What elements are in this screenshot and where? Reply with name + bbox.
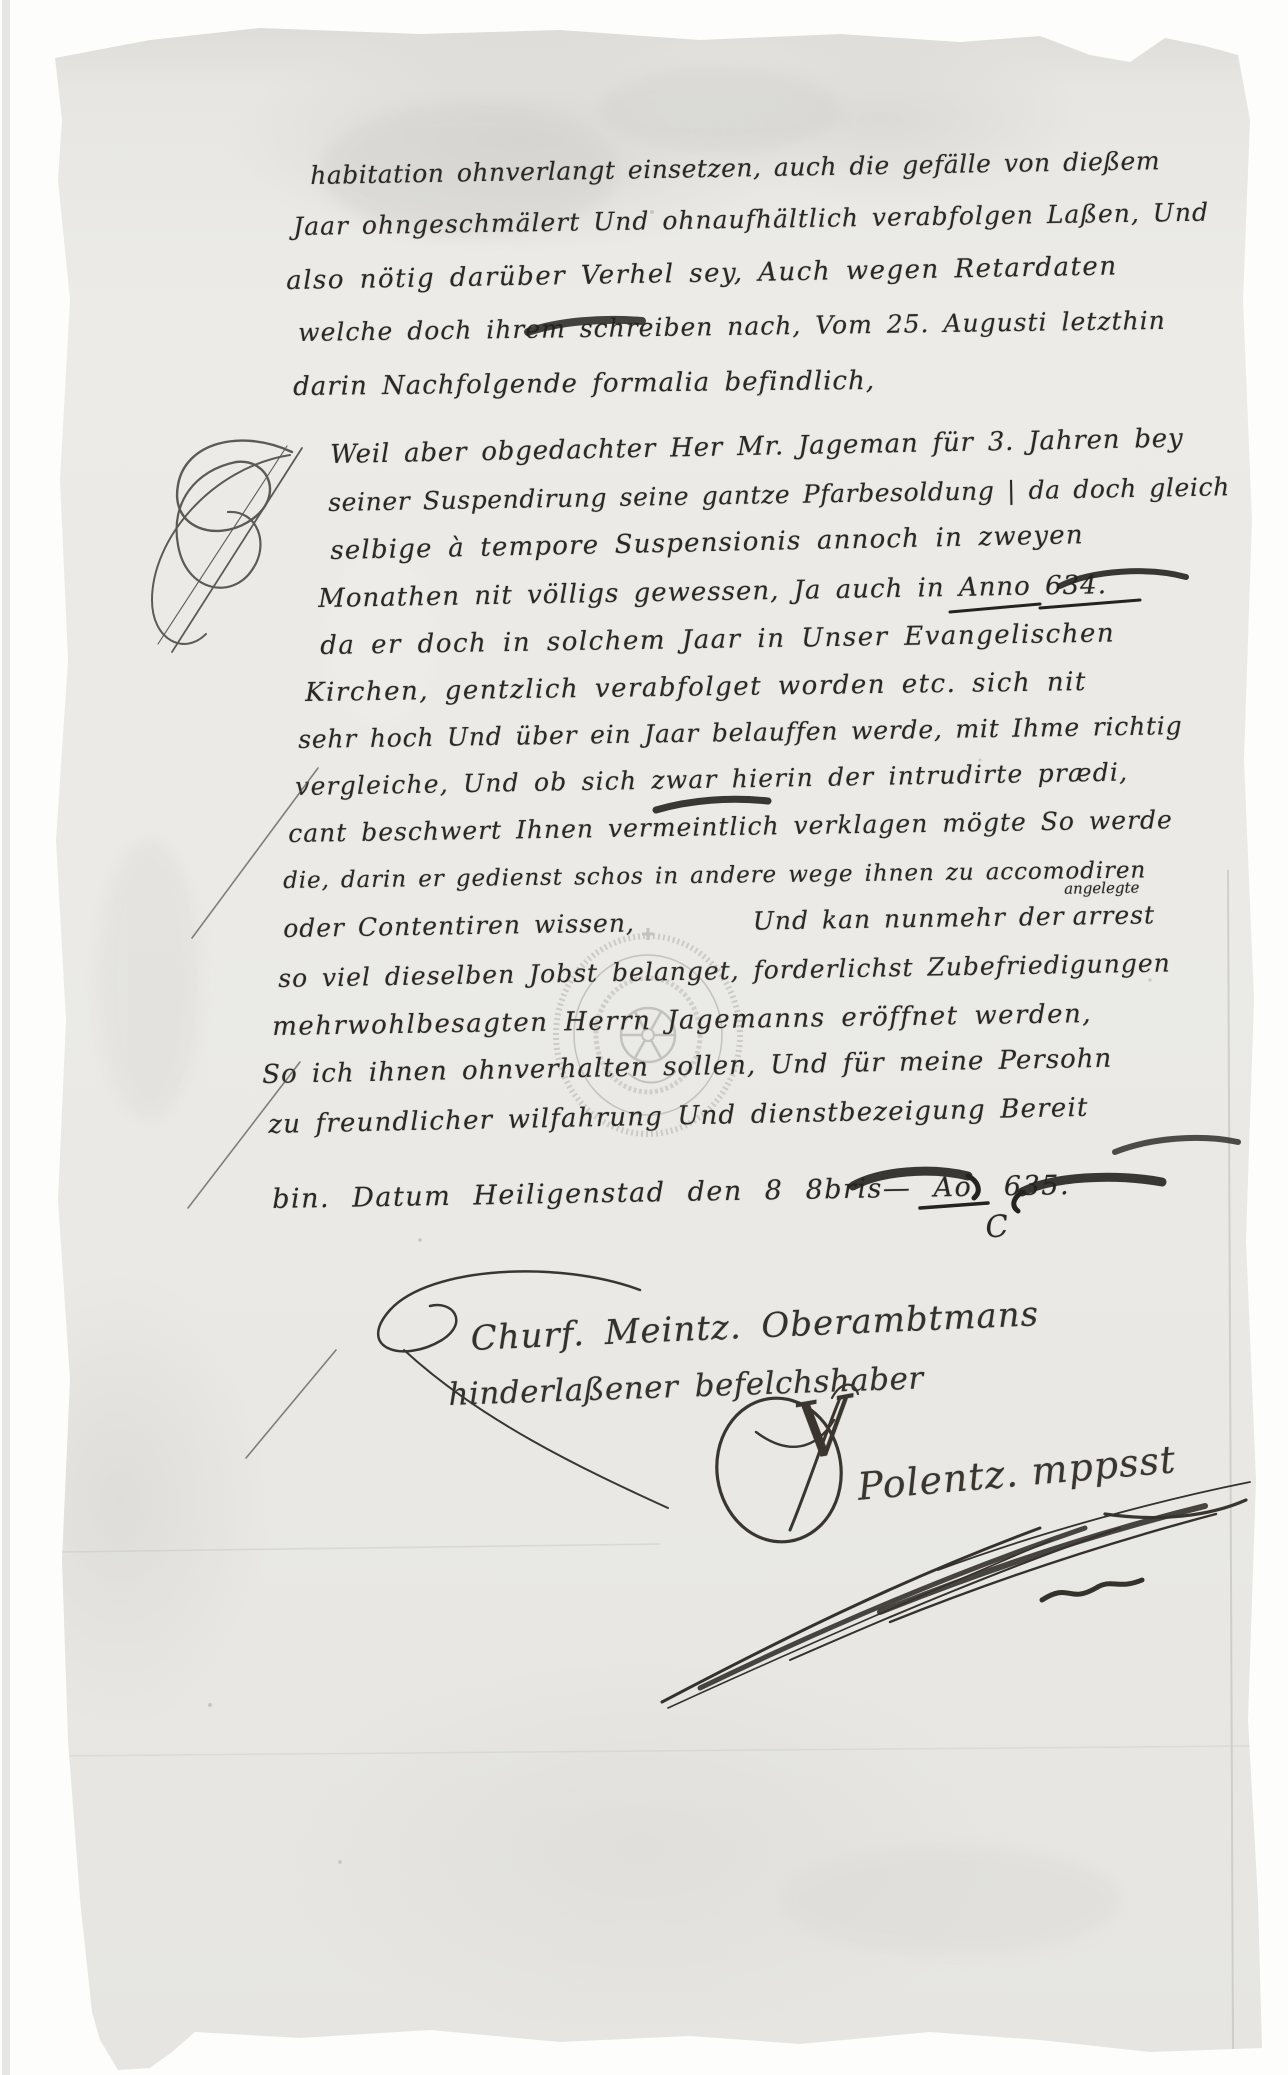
manuscript-line: da er doch in solchem Jaar in Unser Evan…	[320, 621, 1115, 659]
scanner-edge-artifact	[2, 0, 10, 2075]
interlinear-insertion: angelegte	[1064, 881, 1139, 897]
manuscript-line: zu freundlicher wilfahrung Und dienstbez…	[268, 1095, 1089, 1138]
manuscript-line: seiner Suspendirung seine gantze Pfarbes…	[328, 474, 1230, 515]
paraph-scribble-icon	[662, 1482, 1250, 1708]
manuscript-line: Monathen nit völligs gewessen, Ja auch i…	[318, 572, 1107, 612]
notation-under-date: C	[984, 1212, 1010, 1244]
line16-part1: oder Contentiren wissen,	[283, 908, 635, 943]
manuscript-line: vergleiche, Und ob sich zwar hierin der …	[295, 759, 1128, 799]
manuscript-line: cant beschwert Ihnen vermeintlich verkla…	[288, 807, 1173, 846]
line16-gap	[635, 930, 753, 932]
signature-subtitle-line: hinderlaßener befelchshaber	[448, 1363, 924, 1411]
manuscript-line: Jaar ohngeschmälert Und ohnaufhältlich v…	[293, 200, 1209, 239]
document-scan: habitation ohnverlangt einsetzen, auch d…	[0, 0, 1288, 2075]
signature-title-line: Churf. Meintz. Oberambtmans	[470, 1297, 1040, 1356]
line16-word-arrest: arrest	[1072, 900, 1155, 930]
manuscript-line: habitation ohnverlangt einsetzen, auch d…	[310, 148, 1160, 188]
line16-part3: angelegtearrest	[1072, 900, 1155, 930]
date-line: bin. Datum Heiligenstad den 8 8bris— Ao.…	[272, 1172, 1070, 1213]
manuscript-line: selbige à tempore Suspensionis annoch in…	[330, 522, 1084, 564]
manuscript-line: mehrwohlbesagten Herrn Jagemanns eröffne…	[272, 1001, 1092, 1040]
manuscript-line: So ich ihnen ohnverhalten sollen, Und fü…	[262, 1046, 1113, 1088]
signature-initial: V	[790, 1386, 859, 1473]
initial-flourish-icon	[152, 441, 302, 652]
manuscript-line: welche doch ihrem schreiben nach, Vom 25…	[298, 308, 1166, 345]
manuscript-line: also nötig darüber Verhel sey, Auch wege…	[286, 253, 1118, 294]
manuscript-line-with-insertion: oder Contentiren wissen,Und kan nunmehr …	[283, 902, 1155, 941]
manuscript-line: Weil aber obgedachter Her Mr. Jageman fü…	[330, 426, 1184, 468]
signature-name: Polentz. mppsst	[856, 1440, 1178, 1506]
line16-part2: Und kan nunmehr der	[753, 902, 1065, 936]
manuscript-line: die, darin er gedienst schos in andere w…	[283, 859, 1146, 893]
manuscript-line: sehr hoch Und über ein Jaar belauffen we…	[298, 713, 1183, 752]
manuscript-page: habitation ohnverlangt einsetzen, auch d…	[0, 0, 1288, 2075]
manuscript-line: darin Nachfolgende formalia befindlich,	[293, 368, 875, 400]
manuscript-line: Kirchen, gentzlich verabfolget worden et…	[305, 669, 1087, 706]
manuscript-line: so viel dieselben Jobst belanget, forder…	[278, 950, 1171, 991]
